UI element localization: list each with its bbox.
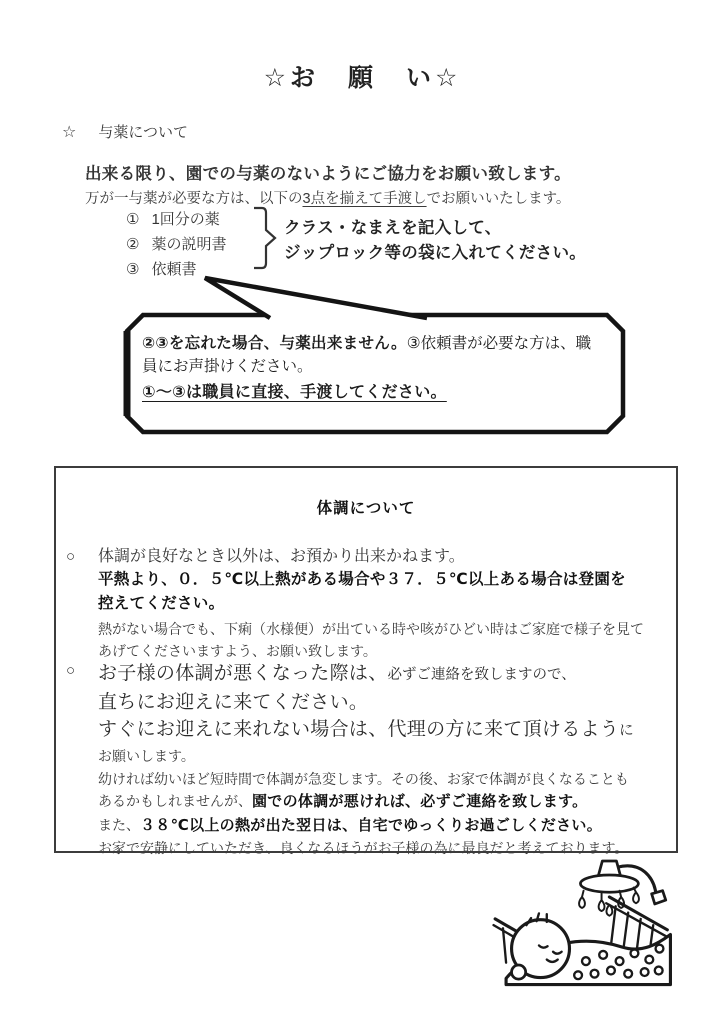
b2-line1-big: お子様の体調が悪くなった際は、 bbox=[98, 663, 388, 684]
bubble-line2-underlined: ①～③は職員に直接、手渡してください。 bbox=[142, 381, 604, 404]
speech-bubble: ②③を忘れた場合、与薬出来ません。③依頼書が必要な方は、職員にお声掛けください。… bbox=[120, 270, 632, 442]
health-bullet-2: ○ お子様の体調が悪くなった際は、必ずご連絡を致しますので、 直ちにお迎えに来て… bbox=[66, 660, 662, 860]
b2-line6-bold: 園での体調が悪ければ、必ずご連絡を致します。 bbox=[252, 793, 587, 810]
bubble-line1: ②③を忘れた場合、与薬出来ません。③依頼書が必要な方は、職員にお声掛けください。 bbox=[142, 332, 604, 378]
intro-sub-pre: 万が一与薬が必要な方は、以下の bbox=[85, 191, 303, 207]
b1-reg-line2: あげてくださいますよう、お願い致します。 bbox=[98, 643, 377, 659]
list-item: ②薬の説明書 bbox=[126, 232, 226, 257]
b2-line3-big: すぐにお迎えに来れない場合は、代理の方に来て頂けるよう bbox=[98, 719, 619, 740]
b2-line1-small: 必ずご連絡を致しますので、 bbox=[388, 667, 576, 683]
b1-bold-line1: 平熱より、０．５℃以上熱がある場合や３７．５℃以上ある場合は登園を bbox=[98, 571, 626, 588]
b2-emphasis-text: お子様の体調が悪くなった際は、必ずご連絡を致しますので、 直ちにお迎えに来てくだ… bbox=[98, 660, 634, 745]
intro-sub-post: でお願いいたします。 bbox=[427, 191, 571, 207]
circle-bullet-icon: ○ bbox=[66, 546, 98, 662]
b1-line1: 体調が良好なとき以外は、お預かり出来かねます。 bbox=[98, 546, 644, 568]
medication-intro-sub: 万が一与薬が必要な方は、以下の3点を揃えて手渡しでお願いいたします。 bbox=[85, 187, 570, 208]
b2-line2-big: 直ちにお迎えに来てください。 bbox=[98, 692, 368, 713]
item-number: ② bbox=[126, 236, 139, 253]
baby-sleeping-in-crib-illustration bbox=[492, 856, 672, 988]
star-icon: ☆ bbox=[62, 124, 76, 141]
medication-intro-bold: 出来る限り、園での与薬のないようにご協力をお願い致します。 bbox=[85, 160, 571, 184]
health-box-heading: 体調について bbox=[56, 496, 676, 518]
b1-regular-text: 熱がない場合でも、下痢（水様便）が出ている時や咳がひどい時はご家庭で様子を見て … bbox=[98, 618, 644, 662]
b2-line6-pre: あるかもしれませんが、 bbox=[98, 793, 252, 809]
right-curly-brace-icon bbox=[252, 206, 278, 270]
b2-line5: 幼ければ幼いほど短時間で体調が急変します。その後、お家で体調が良くなることも bbox=[98, 771, 629, 787]
health-bullet-2-body: お子様の体調が悪くなった際は、必ずご連絡を致しますので、 直ちにお迎えに来てくだ… bbox=[98, 660, 634, 860]
health-bullet-1: ○ 体調が良好なとき以外は、お預かり出来かねます。 平熱より、０．５℃以上熱があ… bbox=[66, 546, 662, 662]
b2-line7-pre: また、 bbox=[98, 817, 140, 833]
brace-note: クラス・なまえを記入して、 ジップロック等の袋に入れてください。 bbox=[284, 216, 586, 266]
b2-line7-bold: ３８℃以上の熱が出た翌日は、自宅でゆっくりお過ごしください。 bbox=[140, 817, 602, 834]
b1-bold-line2: 控えてください。 bbox=[98, 595, 224, 612]
b1-bold-text: 平熱より、０．５℃以上熱がある場合や３７．５℃以上ある場合は登園を 控えてくださ… bbox=[98, 568, 644, 616]
brace-note-line1: クラス・なまえを記入して、 bbox=[284, 216, 586, 241]
page-title: ☆お 願 い☆ bbox=[0, 58, 725, 94]
health-bullet-1-body: 体調が良好なとき以外は、お預かり出来かねます。 平熱より、０．５℃以上熱がある場… bbox=[98, 546, 644, 662]
b2-line8: お家で安静にしていただき、良くなるほうがお子様の為に最良だと考えております。 bbox=[98, 840, 628, 856]
item-label: 薬の説明書 bbox=[151, 236, 226, 253]
brace-note-line2: ジップロック等の袋に入れてください。 bbox=[284, 241, 586, 266]
intro-sub-underlined: 3点を揃えて手渡し bbox=[303, 191, 427, 207]
bubble-text: ②③を忘れた場合、与薬出来ません。③依頼書が必要な方は、職員にお声掛けください。… bbox=[142, 332, 604, 404]
b2-line4: お願いします。 bbox=[98, 748, 195, 764]
bubble-line1-bold: ②③を忘れた場合、与薬出来ません。 bbox=[142, 335, 407, 352]
b2-line3-small: に bbox=[619, 723, 634, 739]
document-page: ☆お 願 い☆ ☆与薬について 出来る限り、園での与薬のないようにご協力をお願い… bbox=[0, 0, 725, 1024]
item-number: ① bbox=[126, 211, 139, 228]
list-item: ①1回分の薬 bbox=[126, 207, 226, 232]
b2-regular-text: お願いします。 幼ければ幼いほど短時間で体調が急変します。その後、お家で体調が良… bbox=[98, 745, 634, 860]
health-condition-box: 体調について ○ 体調が良好なとき以外は、お預かり出来かねます。 平熱より、０．… bbox=[54, 466, 678, 853]
section-medication-heading: ☆与薬について bbox=[62, 121, 188, 142]
item-label: 1回分の薬 bbox=[151, 211, 219, 228]
section-medication-title: 与薬について bbox=[98, 124, 188, 141]
circle-bullet-icon: ○ bbox=[66, 660, 98, 860]
b1-reg-line1: 熱がない場合でも、下痢（水様便）が出ている時や咳がひどい時はご家庭で様子を見て bbox=[98, 621, 644, 637]
